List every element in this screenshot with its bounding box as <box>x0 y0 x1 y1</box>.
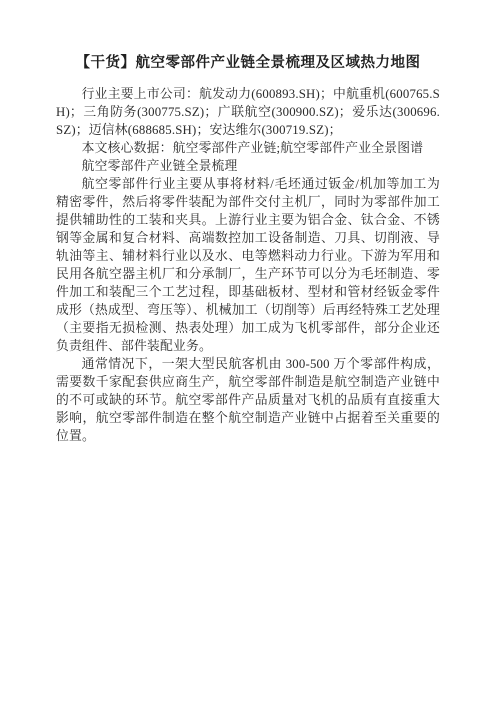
document-title: 【干货】航空零部件产业链全景梳理及区域热力地图 <box>56 52 440 74</box>
paragraph-section-heading: 航空零部件产业链全景梳理 <box>56 157 440 175</box>
paragraph-industry-chain-overview: 航空零部件行业主要从事将材料/毛坯通过钣金/机加等加工为精密零件，然后将零件装配… <box>56 175 440 355</box>
paragraph-listed-companies: 行业主要上市公司：航发动力(600893.SH)；中航重机(600765.SH)… <box>56 85 440 139</box>
document-body: 行业主要上市公司：航发动力(600893.SH)；中航重机(600765.SH)… <box>56 85 440 445</box>
document-page: 【干货】航空零部件产业链全景梳理及区域热力地图 行业主要上市公司：航发动力(60… <box>0 0 496 701</box>
paragraph-core-data: 本文核心数据：航空零部件产业链;航空零部件产业全景图谱 <box>56 139 440 157</box>
paragraph-industry-importance: 通常情况下，一架大型民航客机由 300-500 万个零部件构成，需要数千家配套供… <box>56 355 440 445</box>
